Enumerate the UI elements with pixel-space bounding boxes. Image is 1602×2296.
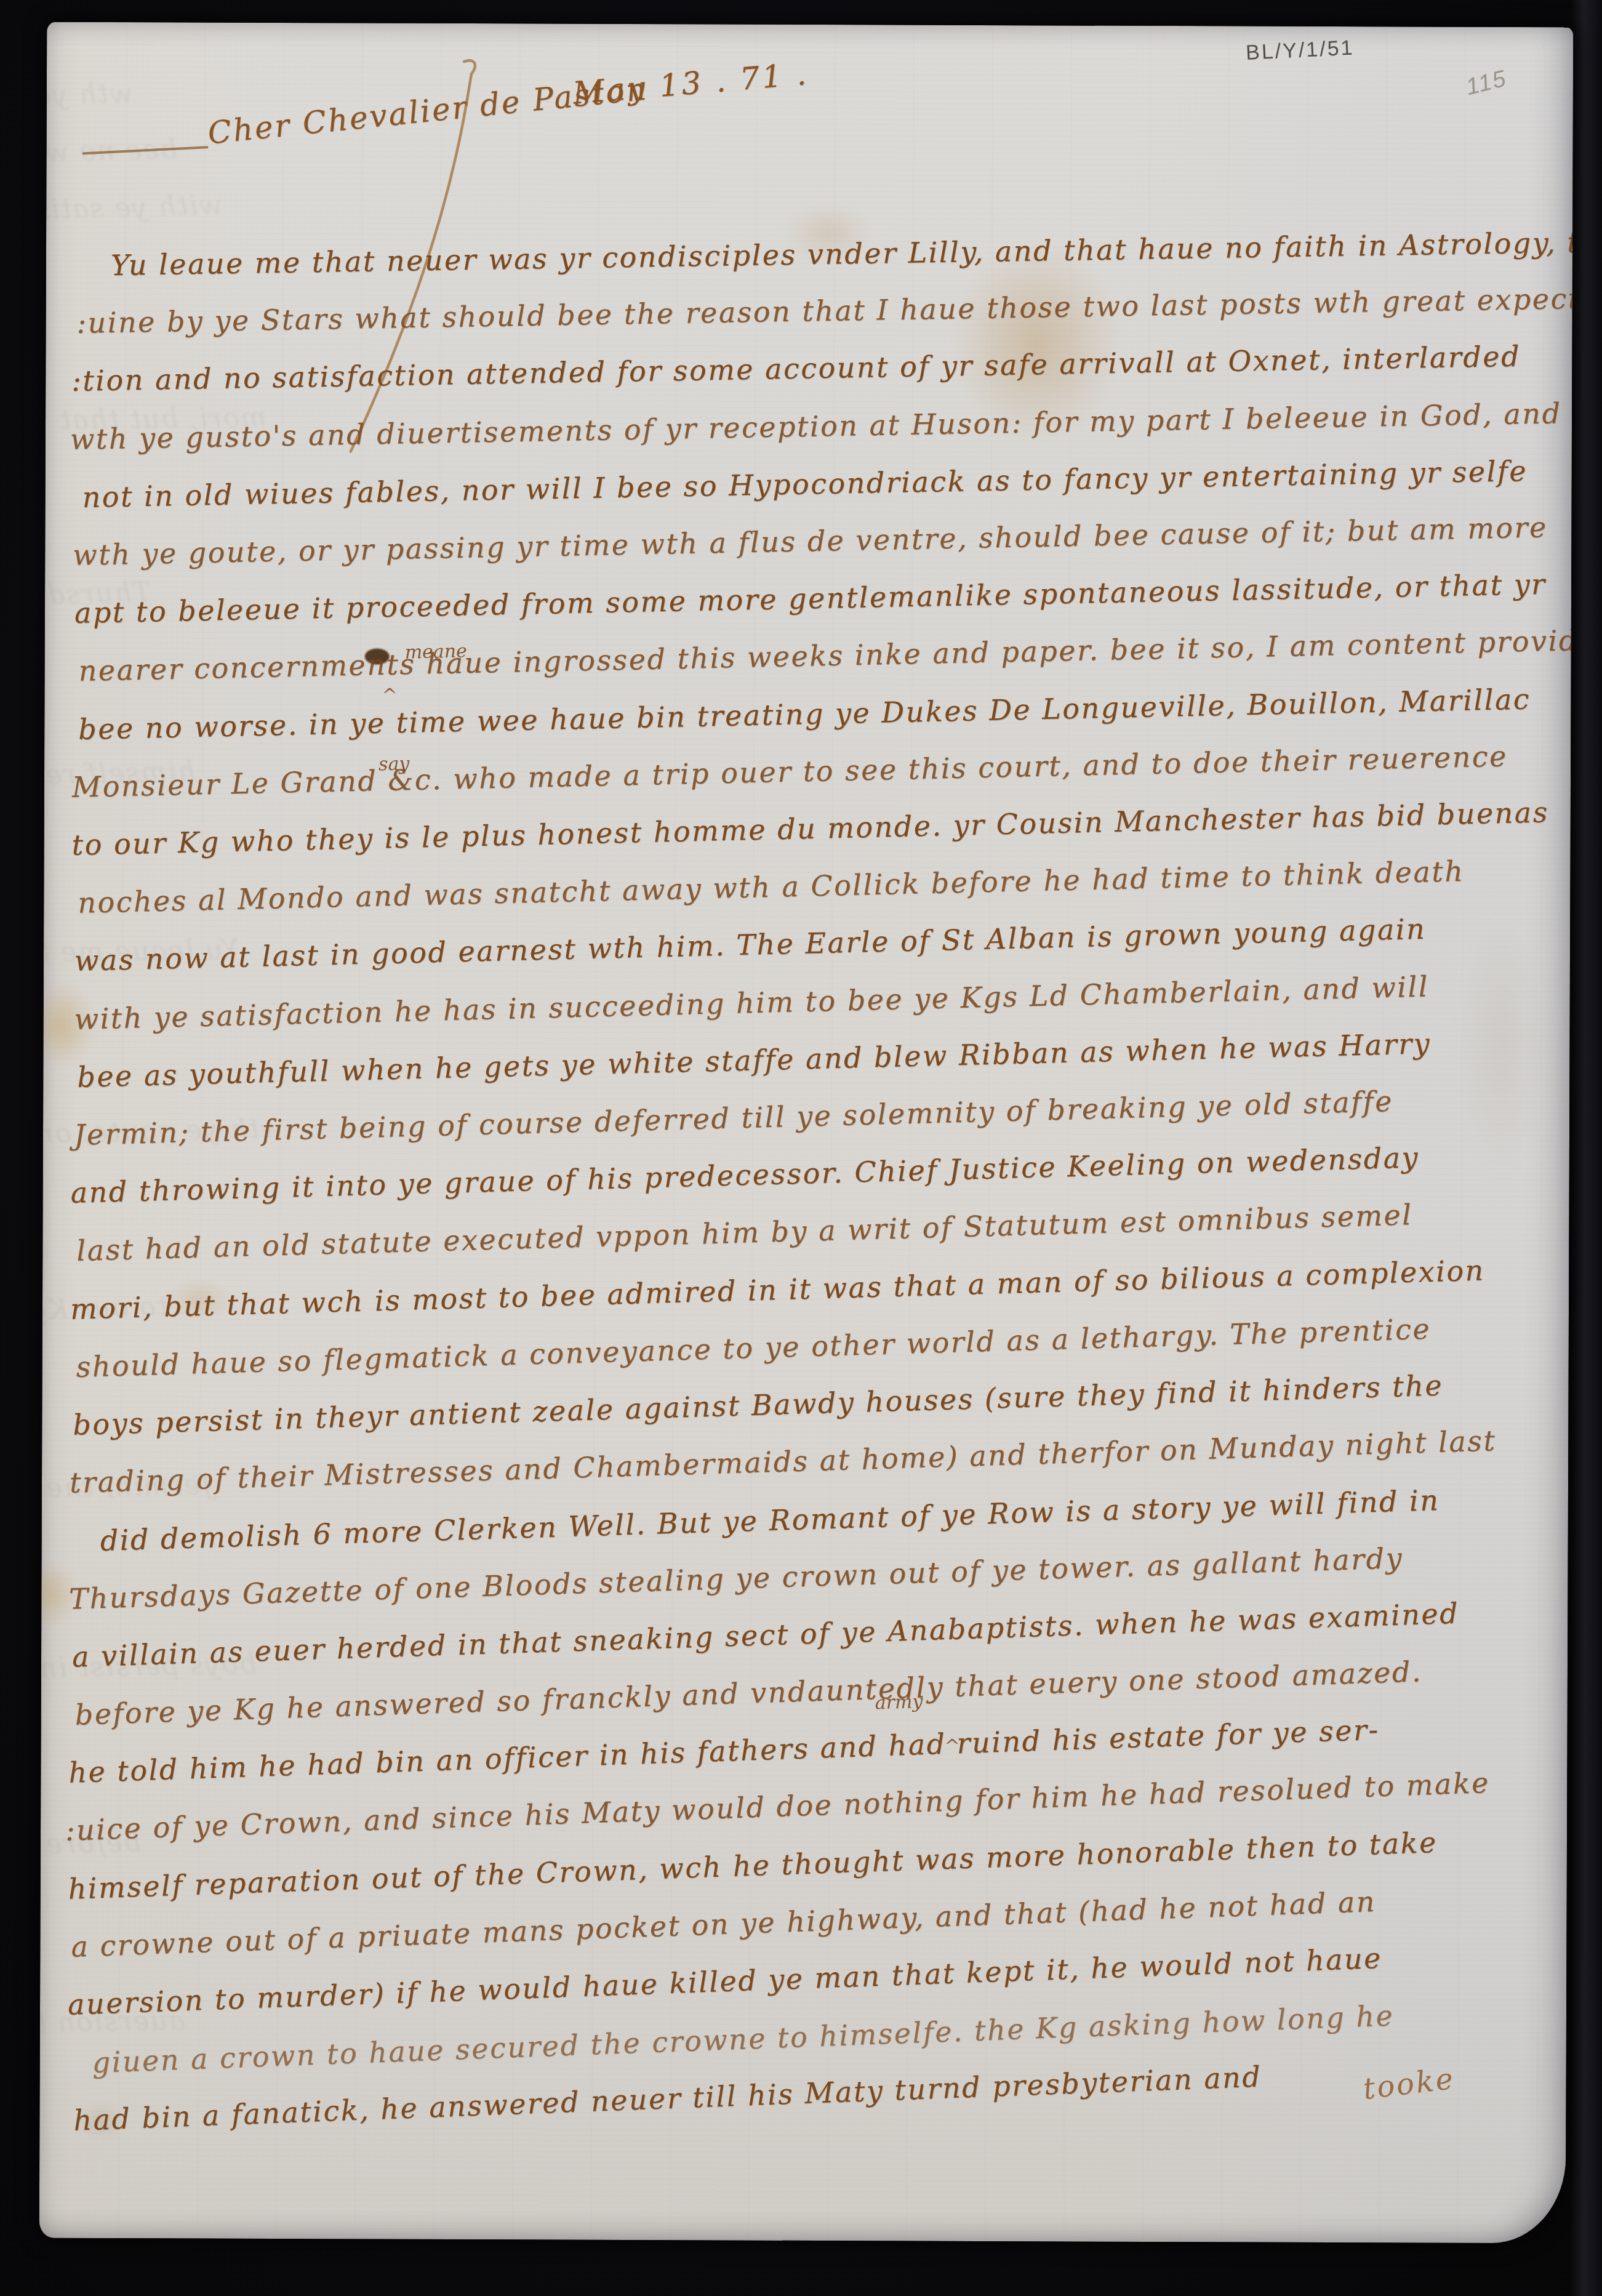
interlineation-say: say [378, 755, 410, 774]
interlineations-layer: meanesayarmy^^ [39, 22, 1574, 2244]
interlineation-army: army [875, 1693, 923, 1712]
interlineation-meane: meane [404, 642, 467, 662]
insertion-caret: ^ [382, 687, 397, 705]
insertion-caret: ^ [944, 1738, 959, 1756]
binding-gutter-edge [1569, 0, 1602, 2296]
letter-page: wth ye gusto's and diuertisements of yr … [39, 22, 1574, 2244]
